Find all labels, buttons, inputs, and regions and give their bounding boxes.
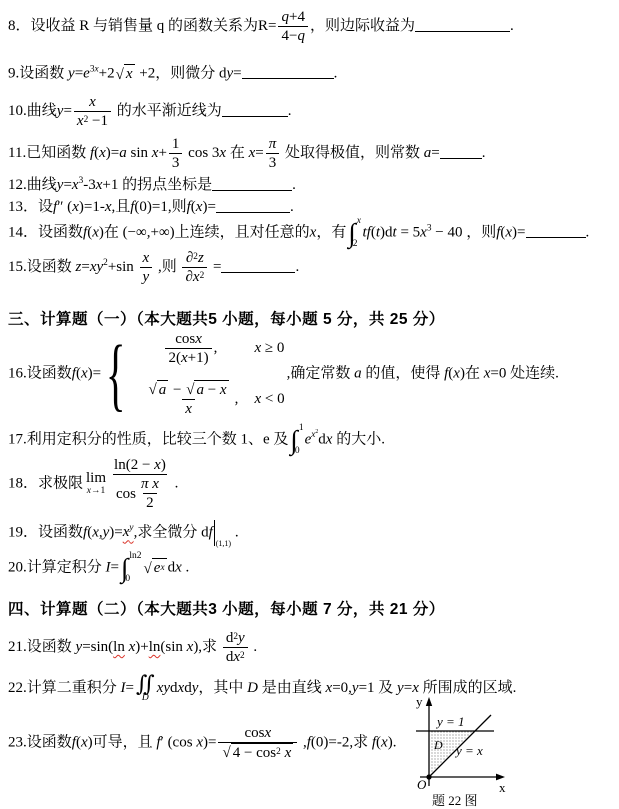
math-var: D xyxy=(142,693,149,703)
math-var: y xyxy=(238,629,245,647)
math-var: x xyxy=(175,559,182,575)
math-text: . xyxy=(334,65,338,81)
math-var: y xyxy=(68,65,75,81)
math-text: 处取得极值，则常数 xyxy=(281,145,424,161)
case-condition: x ≥ 0 xyxy=(254,339,284,358)
case-row: cosx2(x+1),x ≥ 0 xyxy=(126,330,284,367)
math-text: sin xyxy=(127,145,152,161)
denominator: 3 xyxy=(266,153,280,172)
integral: ∫ln20 xyxy=(121,552,141,584)
math-text: 2 xyxy=(146,494,154,512)
denominator: 2(x+1) xyxy=(165,348,211,367)
radical: √4 − cos2 x xyxy=(222,743,293,762)
math-text: 2 xyxy=(353,239,358,249)
problem-12: 12.曲线y=x3-3x+1 的拐点坐标是. xyxy=(8,176,296,195)
double-integral-sign-icon: ∬ xyxy=(136,674,155,695)
math-var: x xyxy=(453,365,460,381)
math-text: ，其中 xyxy=(198,680,247,696)
math-text: − xyxy=(169,381,185,399)
math-var: π xyxy=(141,475,149,493)
math-text: d xyxy=(226,629,234,647)
math-var: x xyxy=(265,724,272,742)
math-text: ,求全微分 d xyxy=(134,524,209,540)
math-text: . xyxy=(171,475,179,491)
math-var: a xyxy=(119,145,127,161)
math-text: = xyxy=(431,145,439,161)
axis-label-x: x xyxy=(499,780,506,795)
math-text: (1,1) xyxy=(216,539,231,548)
radicand: a xyxy=(157,380,169,399)
math-var: x xyxy=(92,224,99,240)
integral-limits: x2 xyxy=(356,217,361,249)
case-row: √a − √a − xx,x < 0 xyxy=(126,380,284,418)
math-text: 2( xyxy=(168,349,181,367)
domain-subscript: D xyxy=(142,694,149,704)
fraction: d2ydx2 xyxy=(223,629,248,666)
math-var: tf xyxy=(363,224,371,240)
left-brace-icon: { xyxy=(106,337,126,411)
math-var: x xyxy=(81,734,88,750)
exam-page: 8．设收益 R 与销售量 q 的函数关系为R=q+44−q，则边际收益为. 9.… xyxy=(0,0,619,809)
math-var: x xyxy=(154,456,161,474)
numerator: cosx xyxy=(242,724,275,742)
math-text: (sin xyxy=(160,639,186,655)
math-text: cos xyxy=(116,485,136,503)
upper-limit: 1 xyxy=(299,424,304,434)
math-text: . xyxy=(290,199,294,215)
fraction: cosx√4 − cos2 x xyxy=(218,724,297,762)
math-text: + xyxy=(158,145,166,161)
math-text: )= xyxy=(109,524,122,540)
answer-blank xyxy=(212,177,292,191)
problem-20: 20.计算定积分 I=∫ln20√exdx . xyxy=(8,552,189,584)
math-var: q xyxy=(297,27,305,45)
upper-limit: ln2 xyxy=(129,552,141,562)
math-var: a xyxy=(159,381,167,399)
math-text: 是由直线 xyxy=(258,680,326,696)
math-text: 2 xyxy=(240,651,245,661)
math-text: ln(2 − xyxy=(114,456,154,474)
math-text: 的值，使得 xyxy=(362,365,445,381)
math-text: 15.设函数 xyxy=(8,259,76,275)
math-var: x xyxy=(72,177,79,193)
limit: limx→1 xyxy=(86,471,106,497)
math-var: x xyxy=(381,734,388,750)
math-text: ∂ xyxy=(186,249,193,267)
lower-limit: 0 xyxy=(125,575,137,585)
math-text: 17.利用定积分的性质，比较三个数 1、e 及 xyxy=(8,431,288,447)
math-text: +2 xyxy=(99,65,115,81)
problem-11: 11.已知函数 f(x)=a sin x+13 cos 3x 在 x=π3 处取… xyxy=(8,135,486,172)
math-text: 3 xyxy=(269,154,277,172)
superscript: 3x xyxy=(90,64,99,74)
math-text: ≥ 0 xyxy=(261,340,284,356)
math-text: . xyxy=(288,103,292,119)
problem-19: 19．设函数f(x,y)=xy,求全微分 df(1,1) . xyxy=(8,520,239,546)
math-text: ，则边际收益为 xyxy=(310,18,415,34)
math-text: 4− xyxy=(281,27,297,45)
limit-word: lim xyxy=(86,471,106,487)
math-text: < 0 xyxy=(261,391,284,407)
math-text: ). xyxy=(388,734,397,750)
denominator: x2 −1 xyxy=(74,111,111,130)
piecewise-cases: {cosx2(x+1),x ≥ 0√a − √a − xx,x < 0 xyxy=(103,330,285,418)
fraction: 13 xyxy=(169,135,183,172)
math-text: d xyxy=(184,680,192,696)
math-text: −1 xyxy=(88,112,108,130)
radicand: a − x xyxy=(194,380,228,399)
math-text: . xyxy=(250,639,258,655)
math-text: − xyxy=(204,381,220,399)
fraction: π3 xyxy=(266,135,280,172)
math-text: , xyxy=(299,734,307,750)
fraction: π x2 xyxy=(138,475,162,512)
math-var: x xyxy=(357,216,361,226)
y-axis-arrow-icon xyxy=(426,697,432,706)
math-text: − 40 ，则 xyxy=(431,224,496,240)
math-text: = xyxy=(75,65,83,81)
superscript: 2 xyxy=(240,652,245,661)
numerator: √a − √a − x xyxy=(145,380,233,399)
math-var: x xyxy=(181,349,188,367)
math-text: 16.设函数 xyxy=(8,365,72,381)
math-var: x xyxy=(148,475,158,493)
superscript: x xyxy=(160,564,164,573)
math-text: 19．设函数 xyxy=(8,524,83,540)
integral: ∫x2 xyxy=(348,217,360,249)
math-var: e xyxy=(83,65,90,81)
math-var: x xyxy=(220,381,227,399)
math-text: = xyxy=(63,177,71,193)
math-text: . xyxy=(182,559,190,575)
label-y-equals-1: y = 1 xyxy=(435,714,465,729)
bar-subscript: (1,1) xyxy=(216,539,231,549)
math-text: )=1- xyxy=(79,199,105,215)
math-text: +sin xyxy=(108,259,138,275)
math-text: )在 xyxy=(460,365,484,381)
limit-subscript: x→1 xyxy=(87,487,105,497)
numerator: ∂2z xyxy=(183,249,207,267)
math-var: x xyxy=(196,734,203,750)
spellcheck-squiggle: xy xyxy=(123,524,134,540)
math-var: x xyxy=(72,199,79,215)
math-text: 20.计算定积分 xyxy=(8,559,106,575)
math-var: y xyxy=(143,268,150,286)
double-integral: ∬D xyxy=(136,674,155,703)
math-text: ),求 xyxy=(193,639,221,655)
math-text: = xyxy=(63,103,71,119)
math-text: -3 xyxy=(83,177,96,193)
math-text: 23.设函数 xyxy=(8,734,72,750)
math-text: = 5 xyxy=(397,224,420,240)
denominator: 2 xyxy=(143,493,157,512)
problem-18: 18．求极限limx→1ln(2 − x)cosπ x2 . xyxy=(8,456,178,512)
math-text: 的水平渐近线为 xyxy=(113,103,222,119)
math-text: 11.已知函数 xyxy=(8,145,90,161)
radical-sign-icon: √ xyxy=(186,383,194,399)
upper-limit: x xyxy=(357,217,362,227)
answer-blank xyxy=(440,145,482,159)
integral-limits: ln20 xyxy=(128,552,140,584)
math-text: , xyxy=(214,339,218,358)
superscript: 2 xyxy=(200,272,205,281)
math-text: ，有 xyxy=(316,224,346,240)
radicand: ex xyxy=(152,558,167,578)
numerator: x xyxy=(86,93,99,111)
math-text: ) xyxy=(161,456,166,474)
problem-10: 10.曲线y=xx2 −1 的水平渐近线为. xyxy=(8,93,291,130)
math-text: ∂ xyxy=(185,268,192,286)
math-text: )可导，且 xyxy=(88,734,157,750)
math-text: 4 − cos xyxy=(233,744,276,762)
denominator: dx2 xyxy=(223,647,248,666)
math-text: 1 xyxy=(172,135,180,153)
math-text: +1) xyxy=(188,349,209,367)
lower-limit: 0 xyxy=(295,447,300,457)
math-text: )= xyxy=(88,365,101,381)
math-text: (0)=-2,求 xyxy=(311,734,372,750)
math-var: x xyxy=(420,224,427,240)
fraction: cosx2(x+1) xyxy=(165,330,211,367)
problem-8: 8．设收益 R 与销售量 q 的函数关系为R=q+44−q，则边际收益为. xyxy=(8,8,514,45)
math-text: +2，则微分 d xyxy=(136,65,227,81)
math-text: = xyxy=(81,259,89,275)
math-text: 10.曲线 xyxy=(8,103,57,119)
math-text: = xyxy=(209,259,221,275)
math-var: xy xyxy=(90,259,103,275)
numerator: q+4 xyxy=(278,8,307,26)
answer-blank xyxy=(415,18,510,32)
denominator: 4−q xyxy=(278,26,307,45)
denominator: √4 − cos2 x xyxy=(218,742,297,762)
math-var: x xyxy=(233,648,240,666)
math-text: →1 xyxy=(91,486,105,496)
problem-9: 9.设函数 y=e3x+2√x +2，则微分 dy=. xyxy=(8,64,337,84)
fraction: √a − √a − xx xyxy=(145,380,233,418)
problem-17: 17.利用定积分的性质，比较三个数 1、e 及∫10ex2dx 的大小. xyxy=(8,424,385,456)
math-text: +4 xyxy=(289,8,305,26)
math-var: y xyxy=(352,680,359,696)
spellcheck-squiggle: ln xyxy=(149,639,161,655)
radical-sign-icon: √ xyxy=(222,746,230,762)
answer-blank xyxy=(216,199,290,213)
math-var: x xyxy=(143,249,150,267)
lower-limit: 2 xyxy=(353,240,358,250)
math-text: = xyxy=(233,65,241,81)
origin-point xyxy=(426,774,431,779)
math-var: x xyxy=(92,524,99,540)
spellcheck-squiggle: ln xyxy=(113,639,125,655)
math-var: x xyxy=(185,400,192,418)
math-var: x xyxy=(77,112,84,130)
math-text: . xyxy=(586,224,590,240)
math-text: )= xyxy=(512,224,525,240)
math-text: =1 及 xyxy=(359,680,397,696)
math-text: 8．设收益 R 与销售量 q 的函数关系为R= xyxy=(8,18,276,34)
problem-16: 16.设函数f(x)={cosx2(x+1),x ≥ 0√a − √a − xx… xyxy=(8,330,559,418)
math-text: ″ ( xyxy=(57,199,72,215)
numerator: d2y xyxy=(223,629,248,647)
math-text: ′ (cos xyxy=(161,734,197,750)
case-rows: cosx2(x+1),x ≥ 0√a − √a − xx,x < 0 xyxy=(126,330,284,418)
answer-blank xyxy=(242,66,334,80)
fraction: xy xyxy=(140,249,153,286)
answer-blank xyxy=(221,259,295,273)
label-y-equals-x: y = x xyxy=(454,743,483,758)
denominator: x xyxy=(182,399,195,418)
integral-limits: 10 xyxy=(298,424,303,456)
math-var: a xyxy=(196,381,204,399)
math-var: x xyxy=(160,563,164,573)
case-expression: cosx2(x+1), xyxy=(126,330,254,367)
problem-23: 23.设函数f(x)可导，且 f′ (cos x)=cosx√4 − cos2 … xyxy=(8,724,396,762)
answer-blank xyxy=(526,225,586,239)
math-text: ,则 xyxy=(154,259,180,275)
math-var: D xyxy=(247,680,258,696)
math-var: f xyxy=(209,524,213,540)
radicand: x xyxy=(124,64,135,84)
math-text: =sin( xyxy=(82,639,113,655)
math-var: x xyxy=(99,145,106,161)
figure-caption: 题 22 图 xyxy=(432,793,478,808)
radical-sign-icon: √ xyxy=(149,383,157,399)
math-text: ,确定常数 xyxy=(287,365,355,381)
label-region-D: D xyxy=(433,738,443,752)
denominator: cosπ x2 xyxy=(113,474,167,512)
math-text: )在 (−∞,+∞)上连续，且对任意的 xyxy=(99,224,310,240)
integral: ∫10 xyxy=(290,424,302,456)
fraction: ∂2z∂x2 xyxy=(182,249,207,286)
numerator: ln(2 − x) xyxy=(111,456,169,474)
math-text: ,且 xyxy=(111,199,130,215)
math-text: 在 xyxy=(226,145,249,161)
denominator: ∂x2 xyxy=(182,267,207,286)
math-text: ln xyxy=(149,639,161,655)
math-text: 21.设函数 xyxy=(8,639,76,655)
math-var: x xyxy=(89,93,96,111)
evaluation-bar: (1,1) xyxy=(214,520,231,546)
problem-15: 15.设函数 z=xy2+sin xy ,则 ∂2z∂x2 =. xyxy=(8,249,299,286)
math-text: d xyxy=(168,559,176,575)
math-text: . xyxy=(292,177,296,193)
radical-sign-icon: √ xyxy=(116,68,124,84)
radical: √ex xyxy=(144,558,167,578)
math-text: 0 xyxy=(295,446,300,456)
math-text: 的大小. xyxy=(332,431,385,447)
math-var: y xyxy=(397,680,404,696)
math-text: . xyxy=(482,145,486,161)
math-text: )= xyxy=(202,199,215,215)
math-var: x xyxy=(285,744,292,762)
math-text: = xyxy=(126,680,134,696)
numerator: 1 xyxy=(169,135,183,153)
numerator: π x xyxy=(138,475,162,493)
math-text: (0)=1,则 xyxy=(134,199,186,215)
math-text: )d xyxy=(380,224,393,240)
math-var: z xyxy=(198,249,204,267)
denominator: y xyxy=(140,267,153,286)
math-var: a xyxy=(354,365,362,381)
math-text: 3 xyxy=(172,154,180,172)
origin-label: O xyxy=(417,777,427,792)
math-text: )= xyxy=(203,734,216,750)
math-text: +1 的拐点坐标是 xyxy=(102,177,212,193)
problem-21: 21.设函数 y=sin(ln x)+ln(sin x),求 d2ydx2 . xyxy=(8,629,257,666)
axis-label-y: y xyxy=(416,694,423,709)
numerator: cosx xyxy=(172,330,205,348)
math-text: 0 xyxy=(125,574,130,584)
radical: √x xyxy=(116,64,135,84)
problem-22-figure: y x O y = 1 y = x D 题 22 图 xyxy=(410,692,514,809)
math-text: 1 xyxy=(299,423,304,433)
math-var: x xyxy=(193,268,200,286)
math-text: 12.曲线 xyxy=(8,177,57,193)
math-text: 2 xyxy=(200,271,205,281)
math-text: d xyxy=(170,680,178,696)
math-var: q xyxy=(281,8,289,26)
math-text: 22.计算二重积分 xyxy=(8,680,121,696)
math-text: 14．设函数 xyxy=(8,224,83,240)
bar-stroke xyxy=(214,520,215,546)
math-text: . xyxy=(510,18,514,34)
math-var: xy xyxy=(157,680,170,696)
radical-sign-icon: √ xyxy=(144,562,152,578)
math-text: . xyxy=(295,259,299,275)
math-text: cos 3 xyxy=(184,145,219,161)
math-text: ln xyxy=(113,639,125,655)
math-var: x xyxy=(195,330,202,348)
math-text: =0 处连续. xyxy=(490,365,558,381)
math-text: 9.设函数 xyxy=(8,65,68,81)
math-text: = xyxy=(255,145,263,161)
problem-14: 14．设函数f(x)在 (−∞,+∞)上连续，且对任意的x，有∫x2tf(t)d… xyxy=(8,217,589,249)
math-var: x xyxy=(81,365,88,381)
math-text: 18．求极限 xyxy=(8,475,83,491)
problem-13: 13．设f″ (x)=1-x,且f(0)=1,则f(x)=. xyxy=(8,198,294,217)
math-text: = xyxy=(111,559,119,575)
math-var: x xyxy=(126,65,133,84)
math-text: . xyxy=(231,524,239,540)
case-condition: x < 0 xyxy=(254,390,284,409)
math-text: , xyxy=(235,390,239,409)
math-text: =0, xyxy=(332,680,352,696)
math-text: ln2 xyxy=(129,551,141,561)
case-expression: √a − √a − xx, xyxy=(126,380,254,418)
section-4-heading: 四、计算题（二）（本大题共3 小题，每小题 7 分，共 21 分） xyxy=(8,597,445,619)
radical: √a xyxy=(149,380,169,399)
radicand: 4 − cos2 x xyxy=(231,743,294,762)
math-text: 13．设 xyxy=(8,199,53,215)
math-text: )+ xyxy=(135,639,148,655)
fraction: ln(2 − x)cosπ x2 xyxy=(111,456,169,512)
section-3-heading: 三、计算题（一）（本大题共5 小题，每小题 5 分，共 25 分） xyxy=(8,307,445,329)
denominator: 3 xyxy=(169,153,183,172)
answer-blank xyxy=(222,103,288,117)
math-var: π xyxy=(269,135,277,153)
numerator: π xyxy=(266,135,280,153)
math-text: )= xyxy=(106,145,119,161)
math-text: d xyxy=(318,431,326,447)
fraction: xx2 −1 xyxy=(74,93,111,130)
numerator: x xyxy=(140,249,153,267)
math-text: cos xyxy=(245,724,265,742)
radical: √a − x xyxy=(186,380,228,399)
fraction: q+44−q xyxy=(278,8,307,45)
math-text: cos xyxy=(175,330,195,348)
